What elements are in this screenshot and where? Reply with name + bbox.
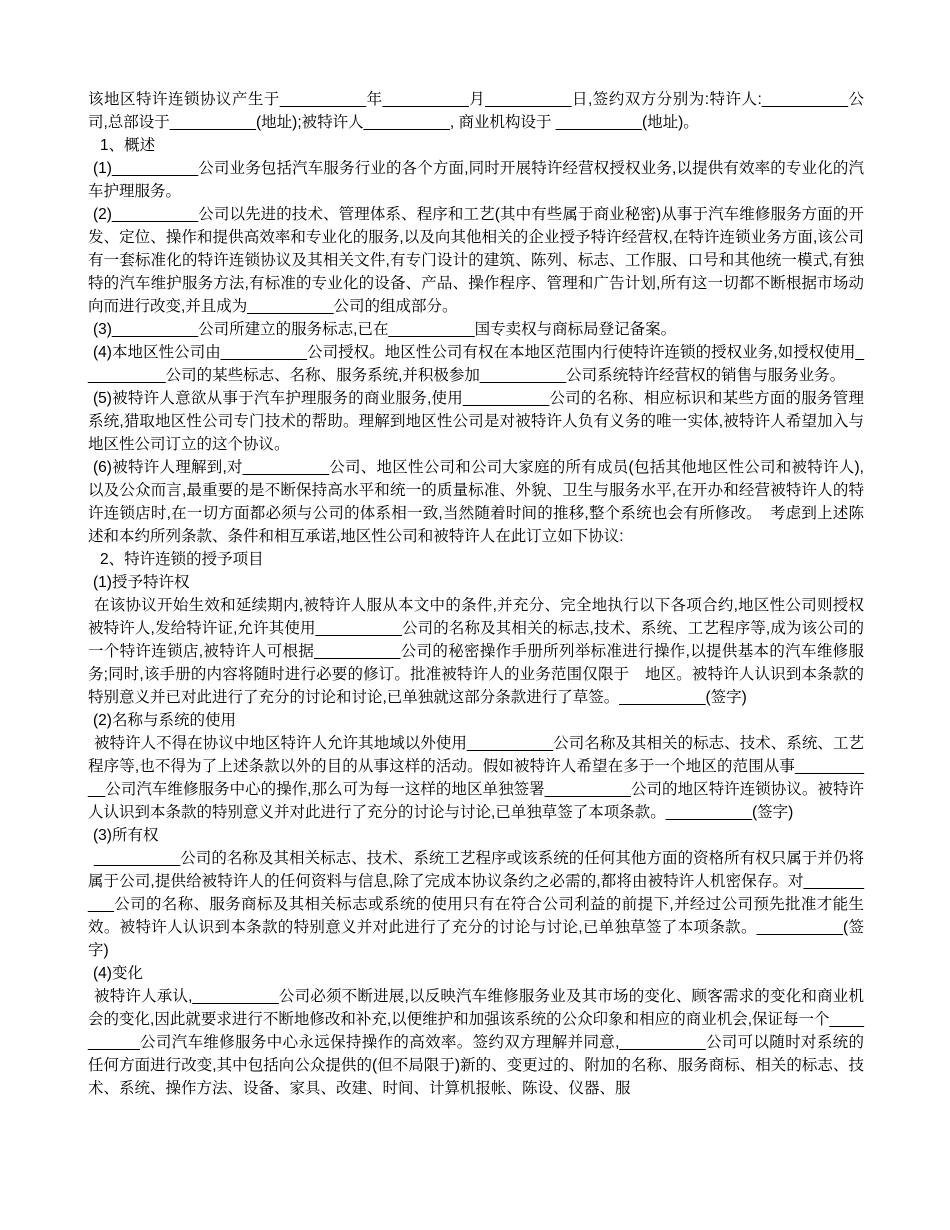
clause-1-2: (2)__________公司以先进的技术、管理体系、程序和工艺(其中有些属于商… <box>88 203 864 318</box>
clause-2-3-title: (3)所有权 <box>88 824 864 847</box>
clause-1-5: (5)被特许人意欲从事于汽车护理服务的商业服务,使用__________公司的名… <box>88 387 864 456</box>
section-1-heading: 1、概述 <box>88 134 864 157</box>
document-body: 该地区特许连锁协议产生于__________年__________月______… <box>0 0 950 1100</box>
clause-1-1: (1)__________公司业务包括汽车服务行业的各个方面,同时开展特许经营权… <box>88 157 864 203</box>
preamble: 该地区特许连锁协议产生于__________年__________月______… <box>88 88 864 134</box>
clause-1-4: (4)本地区性公司由__________公司授权。地区性公司有权在本地区范围内行… <box>88 341 864 387</box>
document-page: 该地区特许连锁协议产生于__________年__________月______… <box>0 0 950 1230</box>
clause-1-6: (6)被特许人理解到,对__________公司、地区性公司和公司大家庭的所有成… <box>88 456 864 548</box>
clause-2-4-title: (4)变化 <box>88 962 864 985</box>
clause-2-2-body: 被特许人不得在协议中地区特许人允许其地域以外使用__________公司名称及其… <box>88 732 864 824</box>
clause-2-2-title: (2)名称与系统的使用 <box>88 709 864 732</box>
clause-2-4-body: 被特许人承认,__________公司必须不断进展,以反映汽车维修服务业及其市场… <box>88 985 864 1100</box>
section-2-heading: 2、特许连锁的授予项目 <box>88 548 864 571</box>
clause-2-3-body: __________公司的名称及其相关标志、技术、系统工艺程序或该系统的任何其他… <box>88 847 864 962</box>
clause-2-1-title: (1)授予特许权 <box>88 571 864 594</box>
clause-2-1-body: 在该协议开始生效和延续期内,被特许人服从本文中的条件,并充分、完全地执行以下各项… <box>88 594 864 709</box>
clause-1-3: (3)__________公司所建立的服务标志,已在__________国专卖权… <box>88 318 864 341</box>
